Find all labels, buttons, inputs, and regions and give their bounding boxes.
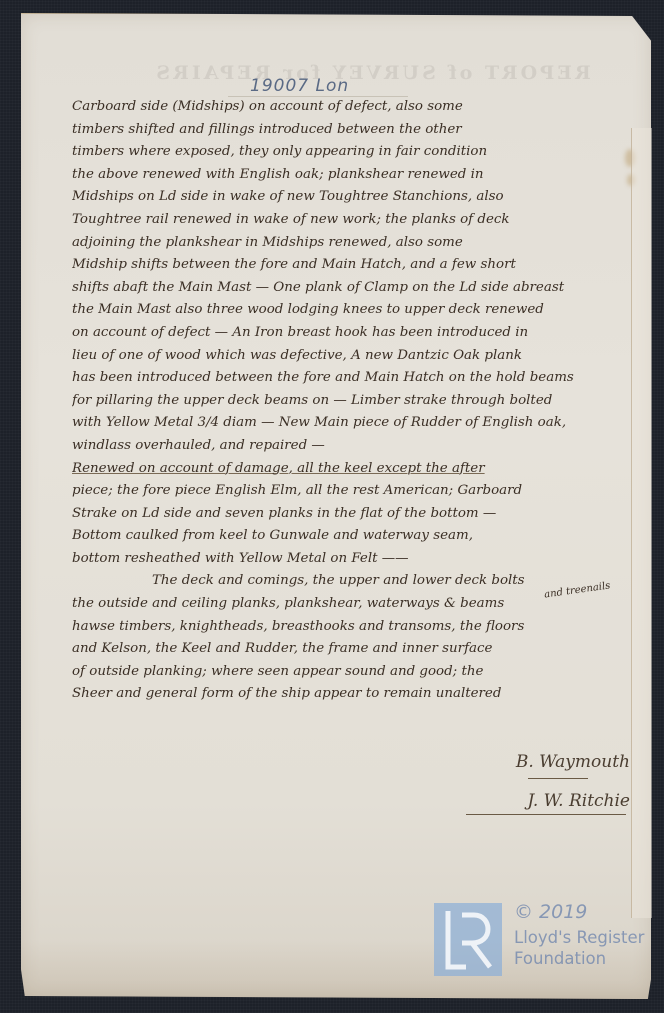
text-line: windlass overhauled, and repaired — — [72, 435, 632, 458]
text-line: and Kelson, the Keel and Rudder, the fra… — [72, 638, 632, 661]
lr-monogram-icon — [444, 909, 494, 971]
organization-line-1: Lloyd's Register — [514, 927, 644, 948]
text-line: piece; the fore piece English Elm, all t… — [72, 480, 632, 503]
text-line: shifts abaft the Main Mast — One plank o… — [72, 277, 632, 300]
text-line: lieu of one of wood which was defective,… — [72, 345, 632, 368]
text-line: Toughtree rail renewed in wake of new wo… — [72, 209, 632, 232]
lloyds-register-watermark: © 2019 Lloyd's Register Foundation — [434, 903, 664, 981]
text-line: adjoining the plankshear in Midships ren… — [72, 232, 632, 255]
text-line: has been introduced between the fore and… — [72, 367, 632, 390]
lr-logo-icon — [434, 903, 502, 976]
reference-note: 19007 Lon — [250, 76, 349, 96]
text-line: Sheer and general form of the ship appea… — [72, 683, 632, 706]
text-line: timbers shifted and fillings introduced … — [72, 119, 632, 142]
text-line: Midship shifts between the fore and Main… — [72, 254, 632, 277]
text-line: timbers where exposed, they only appeari… — [72, 141, 632, 164]
text-line: hawse timbers, knightheads, breasthooks … — [72, 616, 632, 639]
text-line: Carboard side (Midships) on account of d… — [72, 96, 632, 119]
signature-surveyor-1: B. Waymouth — [458, 752, 648, 772]
text-line-underlined: Renewed on account of damage, all the ke… — [72, 458, 632, 481]
text-line: bottom resheathed with Yellow Metal on F… — [72, 548, 632, 571]
text-line: the Main Mast also three wood lodging kn… — [72, 299, 632, 322]
organization-name: Lloyd's Register Foundation — [514, 927, 644, 969]
organization-line-2: Foundation — [514, 948, 644, 969]
text-line: Bottom caulked from keel to Gunwale and … — [72, 525, 632, 548]
text-line: Midships on Ld side in wake of new Tough… — [72, 186, 632, 209]
printed-header-bleedthrough: REPORT of SURVEY for REPAIRS — [92, 62, 652, 84]
signature-underline — [466, 814, 626, 815]
text-line: of outside planking; where seen appear s… — [72, 661, 632, 684]
handwritten-body: Carboard side (Midships) on account of d… — [72, 96, 632, 706]
text-line: the above renewed with English oak; plan… — [72, 164, 632, 187]
text-line: on account of defect — An Iron breast ho… — [72, 322, 632, 345]
text-line: Strake on Ld side and seven planks in th… — [72, 503, 632, 526]
signature-rule — [528, 778, 588, 779]
text-line: for pillaring the upper deck beams on — … — [72, 390, 632, 413]
copyright-text: © 2019 — [514, 901, 587, 923]
signature-block: B. Waymouth J. W. Ritchie — [458, 752, 648, 815]
text-line: with Yellow Metal 3/4 diam — New Main pi… — [72, 412, 632, 435]
signature-surveyor-2: J. W. Ritchie — [458, 791, 648, 811]
